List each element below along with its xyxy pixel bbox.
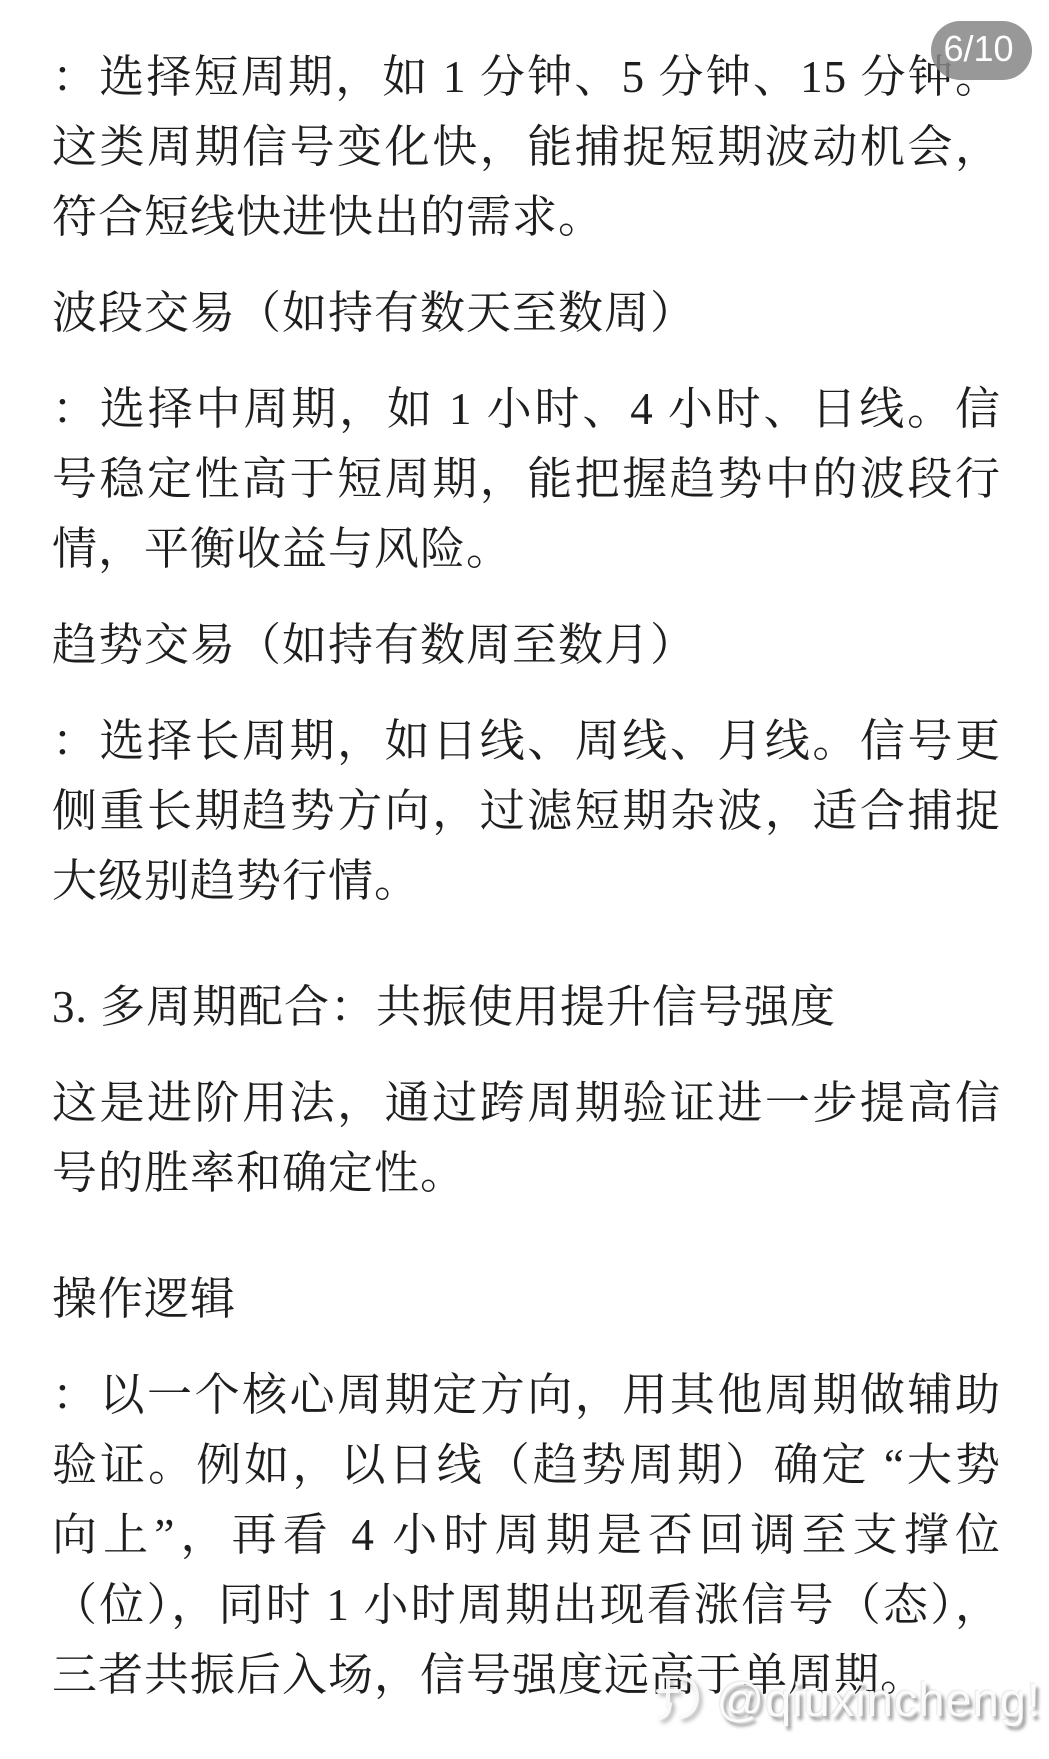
- watermark-handle: @qiuxincheng!: [716, 1676, 1041, 1723]
- paragraph-heading: 趋势交易（如持有数周至数月）: [52, 610, 1001, 680]
- paragraph-heading: 3. 多周期配合：共振使用提升信号强度: [52, 972, 1001, 1042]
- paragraph-body: ：以一个核心周期定方向，用其他周期做辅助验证。例如，以日线（趋势周期）确定 “大…: [52, 1360, 1001, 1710]
- paragraph-body: ：选择短周期，如 1 分钟、5 分钟、15 分钟。这类周期信号变化快，能捕捉短期…: [52, 42, 1001, 252]
- watermark: @qiuxincheng!: [654, 1671, 1041, 1727]
- paragraph-body: 这是进阶用法，通过跨周期验证进一步提高信号的胜率和确定性。: [52, 1068, 1001, 1208]
- document-body: ：选择短周期，如 1 分钟、5 分钟、15 分钟。这类周期信号变化快，能捕捉短期…: [0, 0, 1049, 1736]
- watermark-logo-icon: [654, 1671, 706, 1727]
- page-indicator-badge: 6/10: [931, 21, 1032, 80]
- paragraph-heading: 操作逻辑: [52, 1264, 1001, 1334]
- paragraph-heading: 波段交易（如持有数天至数周）: [52, 278, 1001, 348]
- paragraph-body: ：选择中周期，如 1 小时、4 小时、日线。信号稳定性高于短周期，能把握趋势中的…: [52, 374, 1001, 584]
- paragraph-body: ：选择长周期，如日线、周线、月线。信号更侧重长期趋势方向，过滤短期杂波，适合捕捉…: [52, 706, 1001, 916]
- page-indicator-label: 6/10: [943, 31, 1013, 67]
